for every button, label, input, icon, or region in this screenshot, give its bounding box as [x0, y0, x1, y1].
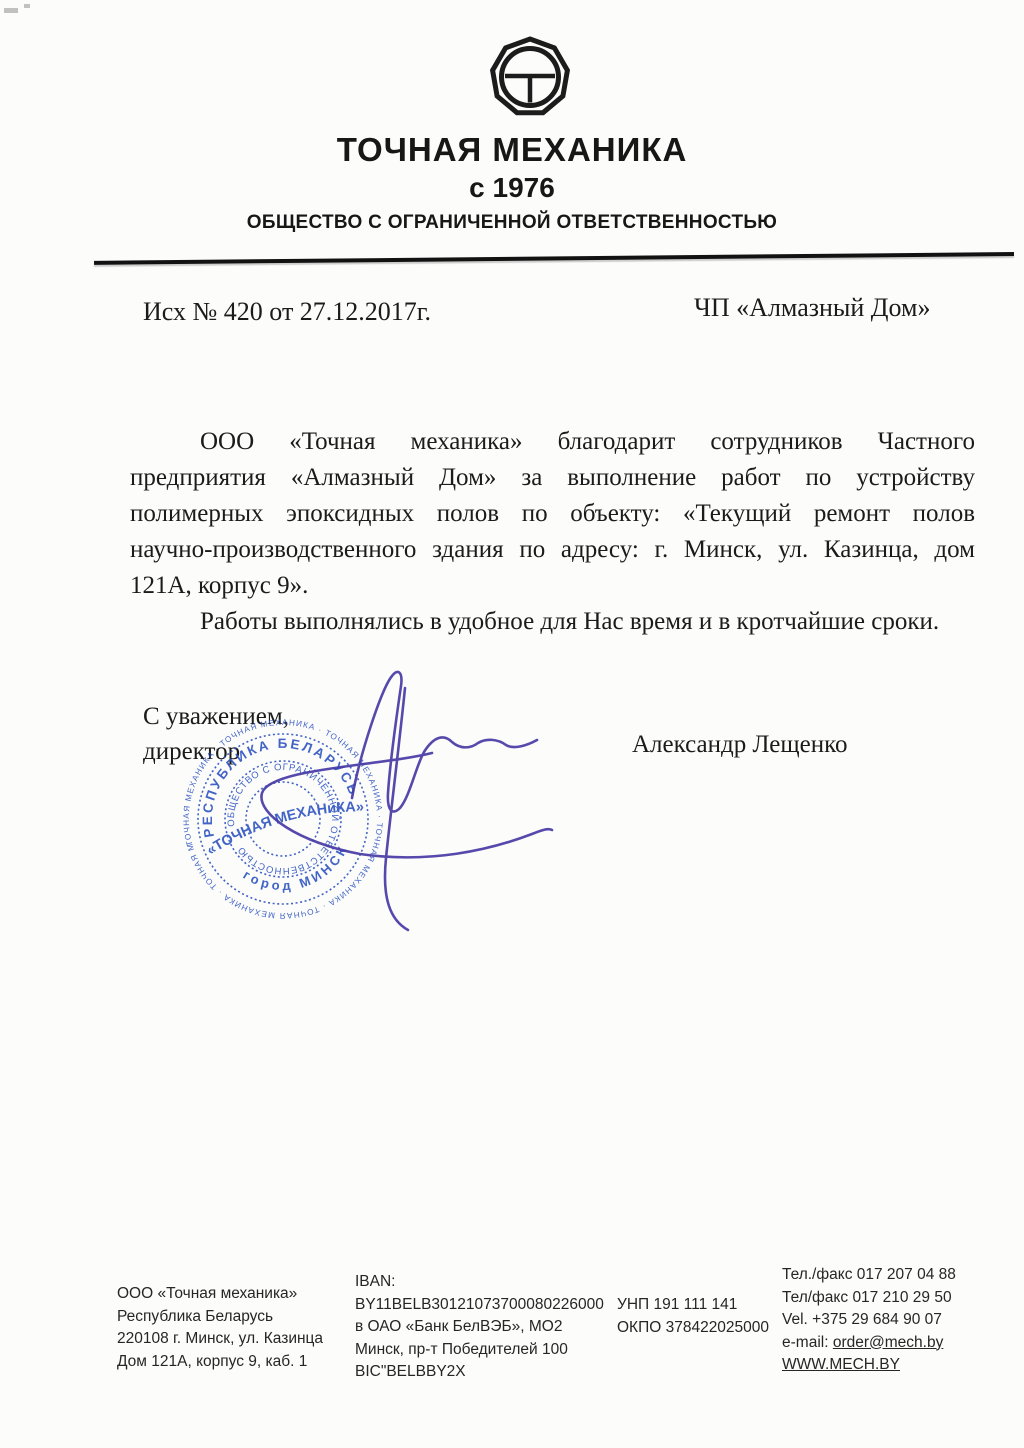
email-link[interactable]: order@mech.by	[833, 1334, 944, 1351]
footer-line: IBAN:	[355, 1271, 604, 1294]
footer-line: Минск, пр-т Победителей 100	[355, 1339, 604, 1362]
body-line: предприятия «Алмазный Дом» за выполнение…	[130, 460, 975, 496]
footer-registration-codes: УНП 191 111 141 ОКПО 378422025000	[617, 1294, 769, 1339]
footer-contacts: Тел./факс 017 207 04 88 Тел/факс 017 210…	[782, 1264, 956, 1377]
footer-line: BY11BELB30121073700080226000	[355, 1294, 604, 1317]
footer-line: Тел/факс 017 210 29 50	[782, 1287, 956, 1310]
footer-line: УНП 191 111 141	[617, 1294, 769, 1317]
footer-line: ООО «Точная механика»	[117, 1283, 323, 1306]
footer-line: Vel. +375 29 684 90 07	[782, 1309, 956, 1332]
letter-body: ООО «Точная механика» благодарит сотрудн…	[130, 424, 975, 640]
footer-bank-details: IBAN: BY11BELB30121073700080226000 в ОАО…	[355, 1271, 604, 1384]
letter-page: ТОЧНАЯ МЕХАНИКА с 1976 ОБЩЕСТВО С ОГРАНИ…	[0, 0, 1024, 1448]
company-name: ТОЧНАЯ МЕХАНИКА	[0, 131, 1024, 169]
footer-line: Тел./факс 017 207 04 88	[782, 1264, 956, 1287]
footer-line: BIC"BELBBY2X	[355, 1361, 604, 1384]
footer-email-line: e-mail: order@mech.by	[782, 1332, 956, 1355]
body-line: полимерных эпоксидных полов по объекту: …	[130, 496, 975, 532]
signer-name: Александр Лещенко	[632, 731, 847, 759]
scan-artifact	[24, 4, 30, 8]
footer-line: Дом 121А, корпус 9, каб. 1	[117, 1351, 323, 1374]
body-line: ООО «Точная механика» благодарит сотрудн…	[130, 424, 975, 460]
footer-line: 220108 г. Минск, ул. Казинца	[117, 1328, 323, 1351]
body-line: научно-производственного здания по адрес…	[130, 532, 975, 568]
company-logo-icon	[484, 34, 576, 122]
footer-line: в ОАО «Банк БелВЭБ», МО2	[355, 1316, 604, 1339]
body-paragraph-2: Работы выполнялись в удобное для Нас вре…	[130, 604, 975, 640]
email-label: e-mail:	[782, 1334, 833, 1351]
scan-artifact	[4, 8, 18, 13]
org-form-subtitle: ОБЩЕСТВО С ОГРАНИЧЕННОЙ ОТВЕТСТВЕННОСТЬЮ	[0, 212, 1024, 234]
website-link[interactable]: WWW.MECH.BY	[782, 1356, 900, 1373]
header-rule	[94, 252, 1014, 265]
recipient: ЧП «Алмазный Дом»	[694, 293, 931, 323]
signature-ink	[240, 658, 570, 948]
outgoing-number: Исх № 420 от 27.12.2017г.	[143, 297, 431, 327]
footer-line: ОКПО 378422025000	[617, 1317, 769, 1340]
footer-line: Республика Беларусь	[117, 1306, 323, 1329]
company-since: с 1976	[0, 172, 1024, 204]
footer-address: ООО «Точная механика» Республика Беларус…	[117, 1283, 323, 1373]
body-line: 121А, корпус 9».	[130, 568, 975, 604]
